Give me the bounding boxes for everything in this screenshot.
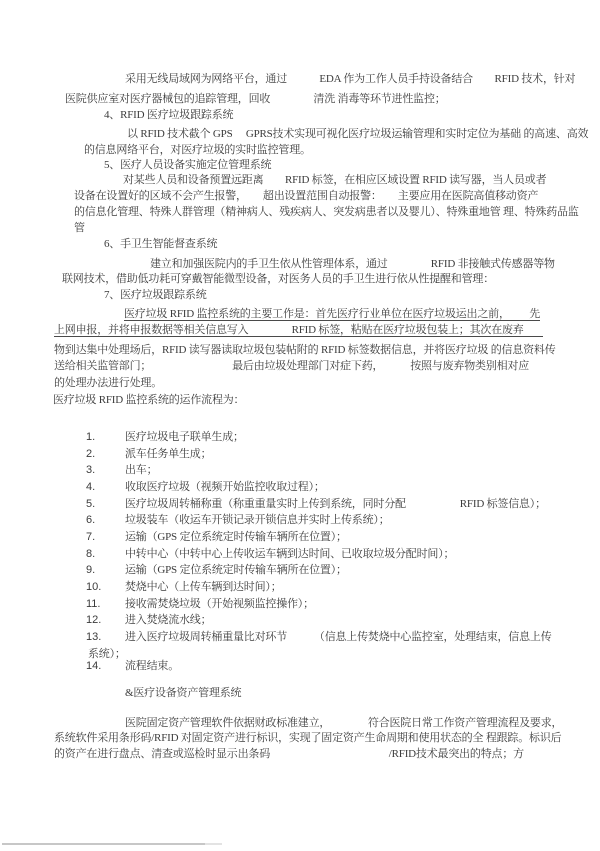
text-line: 上网申报，并将申报数据等相关信息写入 RFID 标签，粘贴在医疗垃圾包装上；其次…	[54, 323, 543, 337]
text-line: 的信息化管理、特殊人群管理（精神病人、残疾病人、突发病患者以及婴儿）、特殊重地管…	[74, 205, 579, 219]
list-item-text: 医疗垃圾周转桶称重（称重重量实时上传到系统，同时分配 RFID 标签信息）；	[125, 497, 546, 511]
text-line: 对某些人员和设备预置远距离 RFID 标签，在相应区域设置 RFID 读写器，当…	[123, 173, 546, 187]
list-item-text: 垃圾装车（收运车开锁记录开锁信息并实时上传系统）；	[125, 513, 390, 527]
list-item-text: 进入焚烧流水线；	[125, 613, 211, 627]
scrollbar-track	[205, 843, 222, 845]
text-line: 的处理办法进行处理。	[54, 376, 162, 390]
text-line: 设备在设置好的区域不会产生报警， 超出设置范围自动报警： 主要应用在医院高值移动…	[74, 189, 538, 203]
list-item-number: 10.	[86, 580, 101, 594]
text-line: 建立和加强医院内的手卫生依从性管理体系，通过 RFID 非接触式传感器等物	[150, 257, 555, 271]
text-line: 医院供应室对医疗器械包的追踪管理，回收 清洗 消毒等环节进性监控；	[65, 92, 446, 106]
text-line: 4、RFID 医疗垃圾跟踪系统	[104, 108, 233, 122]
list-item-number: 2.	[86, 447, 95, 461]
scrollbar-thumb[interactable]	[2, 843, 205, 845]
text-line: 6、手卫生智能督查系统	[104, 237, 217, 251]
list-item-number: 3.	[86, 463, 95, 477]
text-line: 物到达集中处理场后，RFID 读写器读取垃圾包装帖附的 RFID 标签数据信息，…	[54, 343, 556, 357]
text-line: 采用无线局域网为网络平台，通过 EDA 作为工作人员手持设备结合 RFID 技术…	[125, 72, 575, 86]
text-line: 送给相关监管部门； 最后由垃圾处理部门对症下药， 按照与废弃物类别相对应	[54, 359, 529, 373]
text-line: 5、医疗人员设备实施定位管理系统	[104, 158, 271, 172]
list-item-text: 焚烧中心（上传车辆到达时间）；	[125, 580, 282, 594]
text-line: 的资产在进行盘点、清查或巡检时显示出条码 /RFID技术最突出的特点；方	[54, 747, 524, 761]
list-item-number: 13.	[86, 630, 101, 644]
list-item-number: 4.	[86, 480, 95, 494]
text-line-right: 先	[529, 307, 540, 320]
text-line: 医疗垃圾 RFID 监控系统的主要工作是：首先医疗行业单位在医疗垃圾运出之前，先	[124, 307, 540, 321]
list-item-text: 运输（GPS 定位系统定时传输车辆所在位置）；	[125, 530, 347, 544]
list-item-text: 出车；	[125, 463, 157, 477]
text-line: 系统软件采用条形码/RFID 对固定资产进行标识，实现了固定资产生命周期和使用状…	[54, 731, 561, 745]
list-item-number: 9.	[86, 563, 95, 577]
list-item-number: 1.	[86, 430, 95, 444]
list-item-text: 派车任务单生成；	[125, 447, 211, 461]
text-line-left: 医疗垃圾 RFID 监控系统的主要工作是：首先医疗行业单位在医疗垃圾运出之前，	[124, 307, 510, 320]
list-item-number: 8.	[86, 547, 95, 561]
text-line: 医院固定资产管理软件依据财政标准建立， 符合医院日常工作资产管理流程及要求，	[125, 716, 562, 730]
text-line: &医疗设备资产管理系统	[125, 686, 241, 700]
list-item-text: 接收需焚烧垃圾（开始视频监控操作）；	[125, 597, 314, 611]
text-line: 7、医疗垃圾跟踪系统	[104, 288, 207, 302]
list-item-number: 5.	[86, 497, 95, 511]
text-line: 以 RFID 技术截个 GPS GPRS技术实现可视化医疗垃圾运输管理和实时定位…	[127, 127, 588, 141]
list-item-number: 12.	[86, 613, 101, 627]
list-item-text: 中转中心（中转中心上传收运车辆到达时间、已收取垃圾分配时间）；	[125, 547, 454, 561]
text-line: 医疗垃圾 RFID 监控系统的运作流程为：	[53, 393, 244, 407]
list-item-number: 6.	[86, 513, 95, 527]
list-item-text: 进入医疗垃圾周转桶重量比对环节 （信息上传焚烧中心监控室，处理结束，信息上传	[125, 630, 552, 644]
text-line: 管	[74, 221, 85, 235]
list-item-number: 14.	[86, 659, 101, 673]
list-item-text: 运输（GPS 定位系统定时传输车辆所在位置）；	[125, 563, 347, 577]
list-item-number: 11.	[86, 597, 100, 611]
list-item-text: 医疗垃圾电子联单生成；	[125, 430, 244, 444]
document-page: 采用无线局域网为网络平台，通过 EDA 作为工作人员手持设备结合 RFID 技术…	[0, 0, 600, 851]
list-item-number: 7.	[86, 530, 95, 544]
text-line: 联网技术，借助低功耗可穿戴智能微型设备，对医务人员的手卫生进行依从性提醒和管理：	[62, 272, 494, 286]
list-item-text: 流程结束。	[125, 659, 179, 673]
text-line: 的信息网络平台，对医疗垃圾的实时监控管理。	[84, 143, 311, 157]
list-item-text: 收取医疗垃圾（视频开始监控收取过程）；	[125, 480, 325, 494]
horizontal-scrollbar[interactable]	[0, 843, 600, 846]
